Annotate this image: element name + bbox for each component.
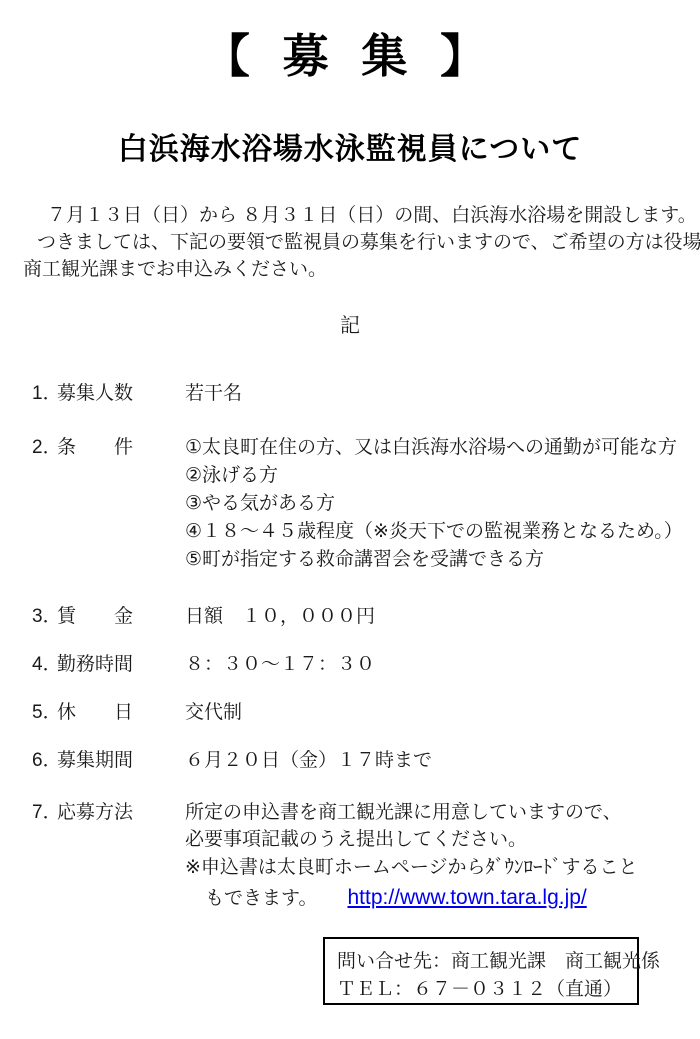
item-number: 3． [32,603,57,630]
item-value: ６月２０日（金）１７時まで [185,750,432,771]
apply-line-1: 所定の申込書を商工観光課に用意していますので、 [185,802,622,823]
page-title: 【 募 集 】 [0,20,700,86]
item-number: 6． [32,747,57,774]
list-item-how-to-apply: 7．応募方法所定の申込書を商工観光課に用意していますので、 [32,799,622,826]
item-label: 勤務時間 [57,651,185,678]
item-number: 4． [32,651,57,678]
item-value: 若干名 [185,383,242,404]
apply-line-2: 必要事項記載のうえ提出してください。 [185,826,527,853]
apply-line-4-text: もできます。 [205,888,317,909]
item-number: 5． [32,699,57,726]
intro-line-3: 商工観光課までお申込みください。 [23,256,327,283]
item-value: 交代制 [185,702,242,723]
item-number: 1． [32,380,57,407]
item-label: 条 件 [57,434,185,461]
condition-1: ①太良町在住の方、又は白浜海水浴場への通勤が可能な方 [185,437,677,458]
item-label: 募集人数 [57,380,185,407]
list-item-application-period: 6．募集期間６月２０日（金）１７時まで [32,747,432,774]
condition-2: ②泳げる方 [185,462,278,489]
section-marker-ki: 記 [0,313,700,340]
item-label: 休 日 [57,699,185,726]
list-item-holidays: 5．休 日交代制 [32,699,242,726]
item-label: 応募方法 [57,799,185,826]
recruitment-notice-document: 【 募 集 】 白浜海水浴場水泳監視員について ７月１３日（日）から ８月３１日… [0,0,700,1039]
contact-telephone: ＴＥＬ：６７－０３１２（直通） [337,976,627,1004]
item-value: ８：３０～１７：３０ [185,654,375,675]
town-homepage-link[interactable]: http://www.town.tara.lg.jp/ [347,886,586,909]
apply-line-3: ※申込書は太良町ホームページからﾀﾞｳﾝﾛｰﾄﾞすること [185,854,638,881]
apply-line-4: もできます。http://www.town.tara.lg.jp/ [205,884,587,912]
item-label: 募集期間 [57,747,185,774]
intro-line-1: ７月１３日（日）から ８月３１日（日）の間、白浜海水浴場を開設します。 [23,202,697,229]
list-item-wage: 3．賃 金日額 １０，０００円 [32,603,375,630]
list-item-recruit-count: 1．募集人数若干名 [32,380,242,407]
item-value: 日額 １０，０００円 [185,606,375,627]
item-number: 7． [32,799,57,826]
list-item-working-hours: 4．勤務時間８：３０～１７：３０ [32,651,375,678]
list-item-conditions: 2．条 件①太良町在住の方、又は白浜海水浴場への通勤が可能な方 [32,434,677,461]
item-number: 2． [32,434,57,461]
condition-4: ④１８～４５歳程度（※炎天下での監視業務となるため。） [185,518,683,545]
page-subtitle: 白浜海水浴場水泳監視員について [0,124,700,168]
item-label: 賃 金 [57,603,185,630]
intro-line-2: つきましては、下記の要領で監視員の募集を行いますので、ご希望の方は役場 [23,229,700,256]
contact-info-box: 問い合せ先：商工観光課 商工観光係 ＴＥＬ：６７－０３１２（直通） [323,937,639,1005]
condition-3: ③やる気がある方 [185,490,335,517]
contact-department: 問い合せ先：商工観光課 商工観光係 [337,948,627,976]
condition-5: ⑤町が指定する救命講習会を受講できる方 [185,546,544,573]
